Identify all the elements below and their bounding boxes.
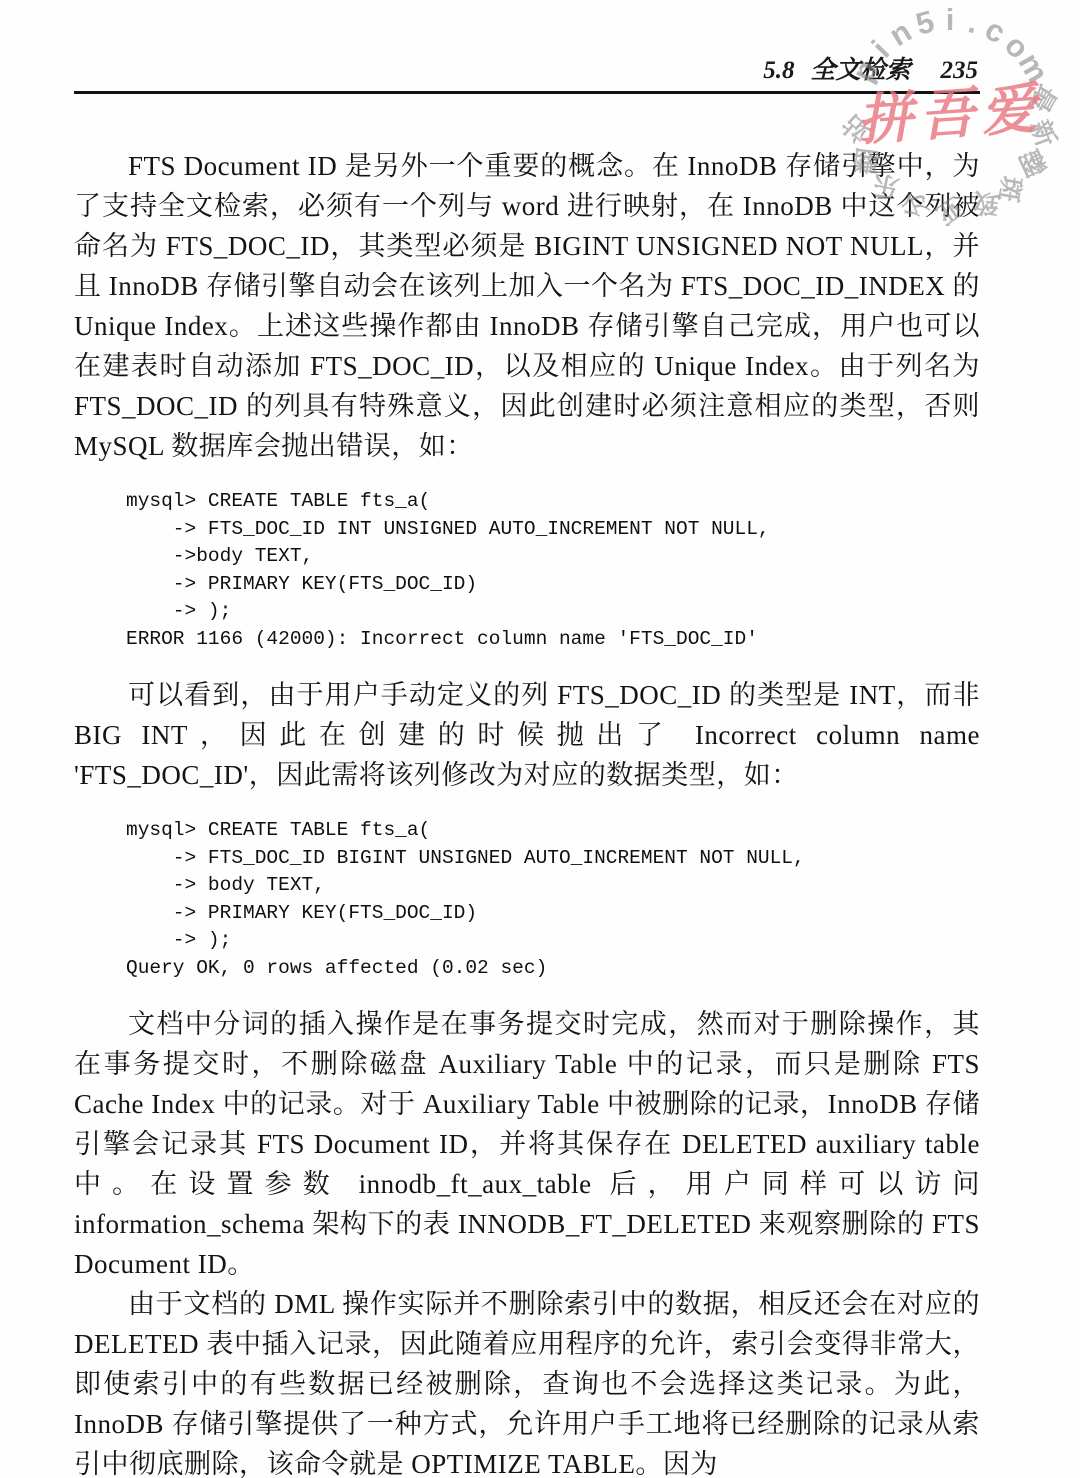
code-line: -> FTS_DOC_ID INT UNSIGNED AUTO_INCREMEN… <box>126 516 980 544</box>
code-line: mysql> CREATE TABLE fts_a( <box>126 817 980 845</box>
code-line: ERROR 1166 (42000): Incorrect column nam… <box>126 626 980 654</box>
paragraph-incorrect-column: 可以看到，由于用户手动定义的列 FTS_DOC_ID 的类型是 INT，而非 B… <box>74 675 980 795</box>
code-line: -> ); <box>126 927 980 955</box>
header-rule <box>74 91 980 94</box>
code-line: -> ); <box>126 598 980 626</box>
watermark-ring-glyph: m <box>1011 47 1056 89</box>
code-block-create-table-error: mysql> CREATE TABLE fts_a( -> FTS_DOC_ID… <box>126 488 980 653</box>
section-number: 5.8 <box>763 57 794 84</box>
section-title: 全文检索 <box>810 57 910 84</box>
watermark-ring-glyph: 新 <box>1023 114 1067 151</box>
code-line: ->body TEXT, <box>126 543 980 571</box>
paragraph-fts-document-id: FTS Document ID 是另外一个重要的概念。在 InnoDB 存储引擎… <box>74 146 980 466</box>
watermark-ring-glyph: 最 <box>1022 79 1067 120</box>
watermark-ring-glyph: o <box>997 27 1036 66</box>
watermark-ring-glyph: 翻 <box>1014 142 1053 187</box>
page-content: 5.8全文检索235 FTS Document ID 是另外一个重要的概念。在 … <box>74 0 980 1478</box>
watermark-ring-glyph: 斑 <box>991 174 1032 206</box>
code-line: mysql> CREATE TABLE fts_a( <box>126 488 980 516</box>
code-line: -> FTS_DOC_ID BIGINT UNSIGNED AUTO_INCRE… <box>126 845 980 873</box>
book-page: 5.8全文检索235 FTS Document ID 是另外一个重要的概念。在 … <box>0 0 1080 1478</box>
code-block-create-table-ok: mysql> CREATE TABLE fts_a( -> FTS_DOC_ID… <box>126 817 980 982</box>
watermark-ring-glyph: c <box>979 11 1011 51</box>
code-line: -> PRIMARY KEY(FTS_DOC_ID) <box>126 900 980 928</box>
paragraph-deleted-table: 文档中分词的插入操作是在事务提交时完成，然而对于删除操作，其在事务提交时，不删除… <box>74 1004 980 1284</box>
code-line: -> PRIMARY KEY(FTS_DOC_ID) <box>126 571 980 599</box>
code-line: -> body TEXT, <box>126 872 980 900</box>
running-head: 5.8全文检索235 <box>74 50 980 86</box>
page-number: 235 <box>941 57 979 84</box>
paragraph-optimize-table: 由于文档的 DML 操作实际并不删除索引中的数据，相反还会在对应的 DELETE… <box>74 1284 980 1478</box>
code-line: Query OK, 0 rows affected (0.02 sec) <box>126 955 980 983</box>
